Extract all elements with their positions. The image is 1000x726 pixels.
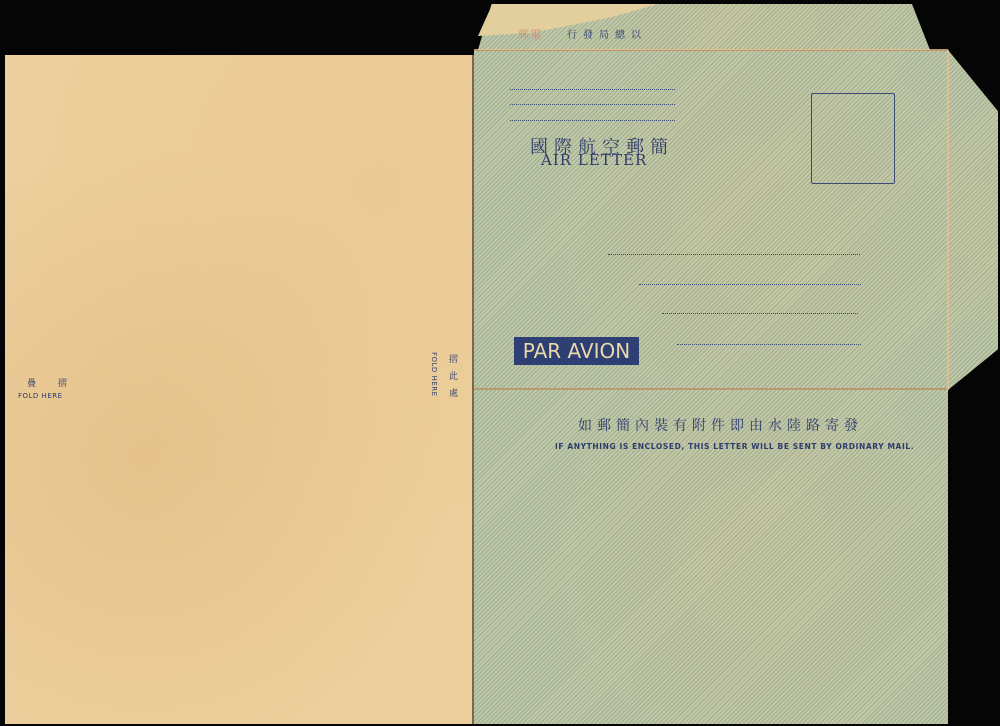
fold-crease-middle [474, 388, 948, 390]
address-line [608, 254, 860, 255]
title-english: AIR LETTER [541, 151, 647, 169]
back-panel [474, 390, 948, 724]
fold-here-english-left: FOLD HERE [18, 392, 63, 400]
fold-crease-side [947, 50, 949, 390]
enclosure-notice-chinese: 如郵簡內裝有附件即由水陸路寄發 [578, 415, 863, 435]
top-flap-text: 行發局總以 [567, 26, 647, 41]
address-line [639, 284, 861, 285]
address-line [662, 313, 858, 314]
stamp-placement-box [811, 93, 895, 184]
sender-line [510, 89, 675, 90]
side-flap [948, 50, 998, 390]
sender-line [510, 104, 675, 105]
fold-crease-left [472, 55, 474, 724]
address-line [677, 344, 861, 345]
fold-here-english-vertical: FOLD HERE [430, 352, 438, 397]
enclosure-notice-english: IF ANYTHING IS ENCLOSED, THIS LETTER WIL… [555, 442, 914, 451]
fold-crease-top [474, 49, 948, 51]
par-avion-label: PAR AVION [514, 337, 639, 365]
sender-line [510, 120, 675, 121]
fold-here-chinese-vertical: 摺此處 [446, 354, 459, 405]
letter-writing-panel [5, 55, 472, 724]
fold-here-chinese-left: 疊摺 [27, 376, 89, 389]
postal-mark: 郵電 [518, 26, 542, 42]
